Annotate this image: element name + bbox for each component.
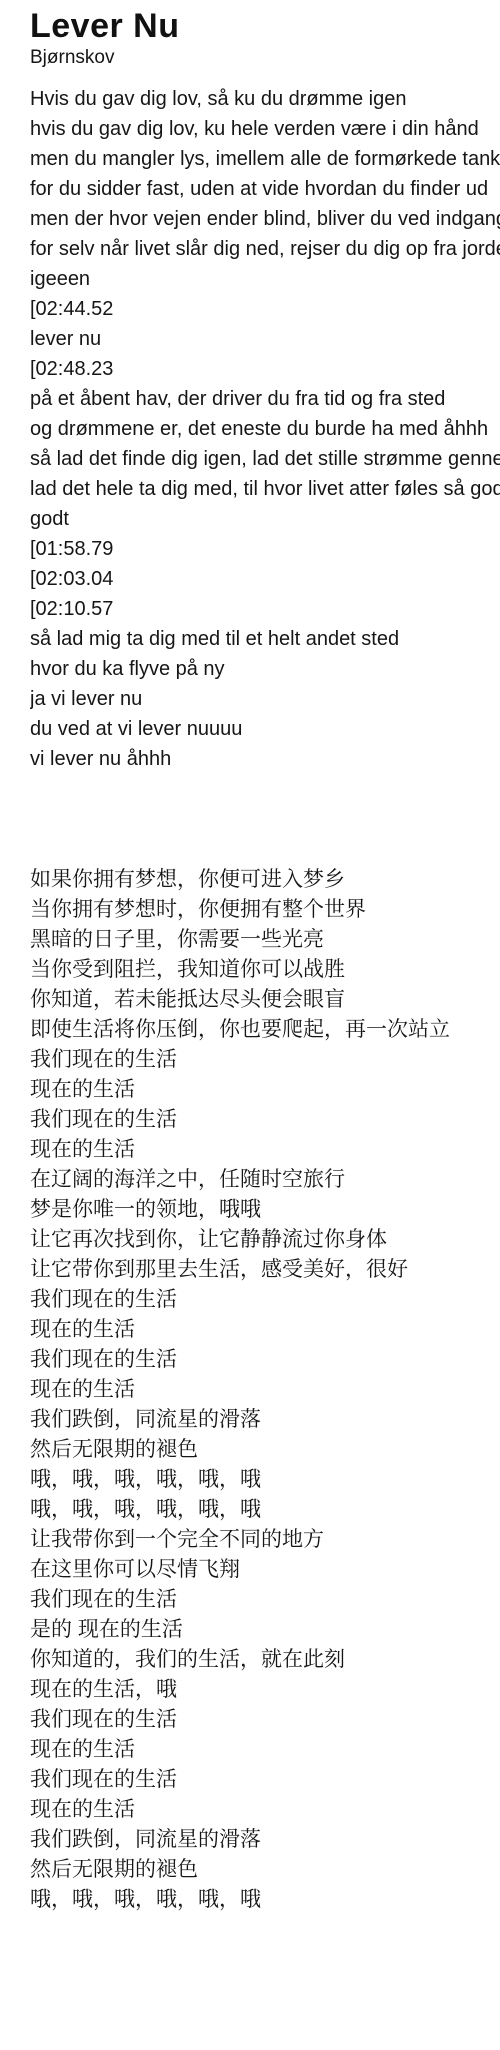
lyric-line: 我们现在的生活 (30, 1285, 500, 1315)
lyric-line: 是的 现在的生活 (30, 1615, 500, 1645)
lyric-line: 现在的生活 (30, 1795, 500, 1825)
lyric-line: 即使生活将你压倒，你也要爬起，再一次站立 (30, 1015, 500, 1045)
lyric-line: vi lever nu åhhh (30, 744, 500, 774)
lyric-line: godt (30, 504, 500, 534)
lyric-line: 在辽阔的海洋之中，任随时空旅行 (30, 1165, 500, 1195)
lyric-line: hvis du gav dig lov, ku hele verden være… (30, 114, 500, 144)
lyric-line: 黑暗的日子里，你需要一些光亮 (30, 925, 500, 955)
lyric-line: 现在的生活，哦 (30, 1675, 500, 1705)
song-title: Lever Nu (30, 6, 500, 46)
lyric-line: men du mangler lys, imellem alle de form… (30, 144, 500, 174)
lyric-line: så lad det finde dig igen, lad det still… (30, 444, 500, 474)
lyric-line: 现在的生活 (30, 1135, 500, 1165)
lyric-line: [02:10.57 (30, 594, 500, 624)
lyric-line: 哦，哦，哦，哦，哦，哦 (30, 1495, 500, 1525)
lyric-line: på et åbent hav, der driver du fra tid o… (30, 384, 500, 414)
lyric-line: 在这里你可以尽情飞翔 (30, 1555, 500, 1585)
lyric-line: 哦，哦，哦，哦，哦，哦 (30, 1885, 500, 1915)
lyric-line: 然后无限期的褪色 (30, 1855, 500, 1885)
lyric-line: for selv når livet slår dig ned, rejser … (30, 234, 500, 264)
lyric-line: 如果你拥有梦想，你便可进入梦乡 (30, 865, 500, 895)
lyric-line: [02:44.52 (30, 294, 500, 324)
lyrics-translation-section: 如果你拥有梦想，你便可进入梦乡当你拥有梦想时，你便拥有整个世界黑暗的日子里，你需… (30, 865, 500, 1915)
lyric-line: 我们现在的生活 (30, 1045, 500, 1075)
lyric-line: ja vi lever nu (30, 684, 500, 714)
lyric-line: 你知道的，我们的生活，就在此刻 (30, 1645, 500, 1675)
lyric-line: Hvis du gav dig lov, så ku du drømme ige… (30, 84, 500, 114)
lyric-line: så lad mig ta dig med til et helt andet … (30, 624, 500, 654)
lyric-line: 让它再次找到你，让它静静流过你身体 (30, 1225, 500, 1255)
lyric-line: 你知道，若未能抵达尽头便会眼盲 (30, 985, 500, 1015)
lyric-line: 现在的生活 (30, 1375, 500, 1405)
lyric-line: 梦是你唯一的领地，哦哦 (30, 1195, 500, 1225)
lyric-line: for du sidder fast, uden at vide hvordan… (30, 174, 500, 204)
artist-name: Bjørnskov (30, 46, 500, 70)
lyric-line: 我们现在的生活 (30, 1765, 500, 1795)
lyric-line: [02:03.04 (30, 564, 500, 594)
lyric-line: 哦，哦，哦，哦，哦，哦 (30, 1465, 500, 1495)
lyric-line: lad det hele ta dig med, til hvor livet … (30, 474, 500, 504)
lyric-line: 我们现在的生活 (30, 1585, 500, 1615)
lyric-line: hvor du ka flyve på ny (30, 654, 500, 684)
lyric-line: 然后无限期的褪色 (30, 1435, 500, 1465)
lyric-line: 当你拥有梦想时，你便拥有整个世界 (30, 895, 500, 925)
lyric-line: [02:48.23 (30, 354, 500, 384)
lyric-line: 我们跌倒，同流星的滑落 (30, 1405, 500, 1435)
lyric-line: 让它带你到那里去生活，感受美好，很好 (30, 1255, 500, 1285)
lyric-line: [01:58.79 (30, 534, 500, 564)
lyric-line: 现在的生活 (30, 1075, 500, 1105)
lyric-line: men der hvor vejen ender blind, bliver d… (30, 204, 500, 234)
lyric-line: og drømmene er, det eneste du burde ha m… (30, 414, 500, 444)
lyric-line: 让我带你到一个完全不同的地方 (30, 1525, 500, 1555)
lyric-line: 我们现在的生活 (30, 1345, 500, 1375)
lyrics-page: Lever Nu Bjørnskov Hvis du gav dig lov, … (0, 0, 500, 1915)
lyric-line: 我们现在的生活 (30, 1105, 500, 1135)
lyric-line: lever nu (30, 324, 500, 354)
lyric-line: igeeen (30, 264, 500, 294)
lyrics-original-section: Hvis du gav dig lov, så ku du drømme ige… (30, 84, 500, 774)
lyric-line: du ved at vi lever nuuuu (30, 714, 500, 744)
lyric-line: 当你受到阻拦，我知道你可以战胜 (30, 955, 500, 985)
lyric-line: 我们现在的生活 (30, 1705, 500, 1735)
lyric-line: 我们跌倒，同流星的滑落 (30, 1825, 500, 1855)
lyric-line: 现在的生活 (30, 1315, 500, 1345)
lyric-line: 现在的生活 (30, 1735, 500, 1765)
